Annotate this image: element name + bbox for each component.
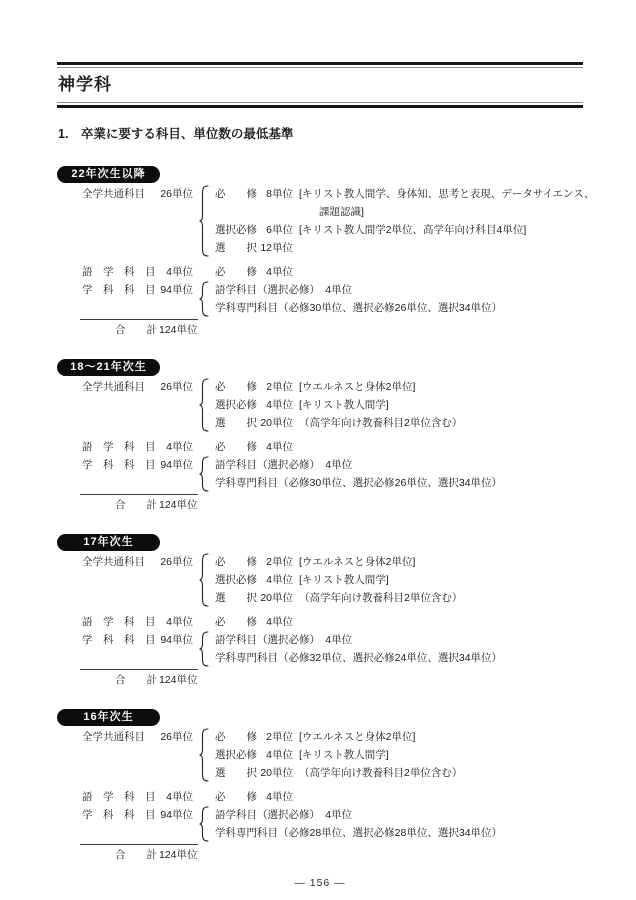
total-units: 124単位	[159, 846, 195, 864]
header-rule-bottom-thin	[57, 102, 583, 103]
category-label: 全学共通科目	[82, 728, 158, 782]
department-detail-line: 語学科目（選択必修） 4単位	[215, 456, 502, 474]
category-units: 94単位	[158, 631, 193, 667]
requirement-units: 12単位	[259, 239, 293, 257]
department-subjects-group: 学 科 科 目94単位語学科目（選択必修） 4単位学科専門科目（必修30単位、選…	[82, 456, 583, 492]
brace-icon	[198, 631, 210, 667]
department-subjects-group: 学 科 科 目94単位語学科目（選択必修） 4単位学科専門科目（必修32単位、選…	[82, 631, 583, 667]
cohort-block: 18～21年次生全学共通科目26単位必 修2単位[ウエルネスと身体2単位]選択必…	[57, 359, 583, 514]
requirement-units: 20単位	[259, 589, 293, 607]
section-heading: 1. 卒業に要する科目、単位数の最低基準	[58, 126, 583, 143]
requirement-list: 語学科目（選択必修） 4単位学科専門科目（必修32単位、選択必修24単位、選択3…	[215, 631, 502, 667]
common-subjects-group: 全学共通科目26単位必 修2単位[ウエルネスと身体2単位]選択必修4単位[キリス…	[82, 553, 583, 607]
requirement-row: 選 択20単位（高学年向け教養科目2単位含む）	[215, 764, 462, 782]
brace-column	[193, 728, 215, 782]
requirement-note: [ウエルネスと身体2単位]	[299, 553, 415, 571]
category-label: 学 科 科 目	[82, 456, 158, 492]
cohort-block: 16年次生全学共通科目26単位必 修2単位[ウエルネスと身体2単位]選択必修4単…	[57, 709, 583, 864]
brace-column	[193, 553, 215, 607]
requirement-row: 必 修2単位[ウエルネスと身体2単位]	[215, 728, 462, 746]
brace-icon	[198, 806, 210, 842]
department-detail-line: 学科専門科目（必修30単位、選択必修26単位、選択34単位）	[215, 299, 502, 317]
requirement-row: 必 修2単位[ウエルネスと身体2単位]	[215, 553, 462, 571]
requirement-units: 4単位	[259, 788, 293, 806]
requirement-name: 選 択	[215, 589, 259, 607]
requirement-note: （高学年向け教養科目2単位含む）	[299, 764, 462, 782]
requirement-units: 2単位	[259, 553, 293, 571]
requirement-list: 必 修2単位[ウエルネスと身体2単位]選択必修4単位[キリスト教人間学]選 択2…	[215, 378, 462, 432]
category-label: 語 学 科 目	[82, 788, 158, 806]
category-label: 語 学 科 目	[82, 613, 158, 631]
requirement-note: [キリスト教人間学2単位、高学年向け科目4単位]	[299, 221, 526, 239]
requirement-name: 必 修	[215, 185, 259, 203]
requirement-list: 語学科目（選択必修） 4単位学科専門科目（必修30単位、選択必修26単位、選択3…	[215, 456, 502, 492]
brace-icon	[198, 728, 210, 782]
category-units: 26単位	[158, 728, 193, 782]
requirement-name: 必 修	[215, 788, 259, 806]
category-units: 4単位	[158, 263, 193, 281]
requirement-units: 4単位	[259, 438, 293, 456]
requirement-name: 必 修	[215, 438, 259, 456]
department-subjects-group: 学 科 科 目94単位語学科目（選択必修） 4単位学科専門科目（必修28単位、選…	[82, 806, 583, 842]
header-rule-top-thin	[57, 67, 583, 68]
total-units: 124単位	[159, 671, 195, 689]
requirement-name: 選択必修	[215, 746, 259, 764]
total-label: 合 計	[115, 321, 159, 339]
requirement-list: 必 修2単位[ウエルネスと身体2単位]選択必修4単位[キリスト教人間学]選 択2…	[215, 553, 462, 607]
category-label: 語 学 科 目	[82, 438, 158, 456]
requirement-units: 4単位	[259, 396, 293, 414]
requirement-name: 選択必修	[215, 221, 259, 239]
requirement-units: 20単位	[259, 764, 293, 782]
requirement-list: 必 修4単位	[215, 788, 293, 806]
category-label: 学 科 科 目	[82, 806, 158, 842]
brace-column	[193, 281, 215, 317]
requirement-units: 4単位	[259, 263, 293, 281]
total-divider	[80, 844, 198, 845]
requirement-list: 必 修8単位[キリスト教人間学、身体知、思考と表現、データサイエンス、課題認識]…	[215, 185, 595, 257]
brace-icon	[198, 185, 210, 257]
page-number: — 156 —	[57, 877, 583, 889]
requirement-row: 選択必修6単位[キリスト教人間学2単位、高学年向け科目4単位]	[215, 221, 595, 239]
category-units: 26単位	[158, 553, 193, 607]
requirement-note: [ウエルネスと身体2単位]	[299, 728, 415, 746]
requirement-list: 必 修2単位[ウエルネスと身体2単位]選択必修4単位[キリスト教人間学]選 択2…	[215, 728, 462, 782]
department-detail-line: 語学科目（選択必修） 4単位	[215, 631, 502, 649]
requirement-row: 必 修4単位	[215, 263, 293, 281]
requirement-row: 必 修4単位	[215, 438, 293, 456]
cohort-block: 22年次生以降全学共通科目26単位必 修8単位[キリスト教人間学、身体知、思考と…	[57, 166, 583, 339]
total-row: 合 計124単位	[115, 846, 583, 864]
requirement-note: （高学年向け教養科目2単位含む）	[299, 589, 462, 607]
requirement-name: 必 修	[215, 553, 259, 571]
requirement-name: 選 択	[215, 764, 259, 782]
cohort-badge: 16年次生	[57, 709, 160, 726]
total-units: 124単位	[159, 496, 195, 514]
category-label: 全学共通科目	[82, 553, 158, 607]
requirement-note: [キリスト教人間学]	[299, 396, 389, 414]
language-subjects-group: 語 学 科 目4単位必 修4単位	[82, 263, 583, 281]
requirement-row: 必 修8単位[キリスト教人間学、身体知、思考と表現、データサイエンス、	[215, 185, 595, 203]
brace-column	[193, 806, 215, 842]
language-subjects-group: 語 学 科 目4単位必 修4単位	[82, 613, 583, 631]
category-units: 94単位	[158, 806, 193, 842]
category-units: 94単位	[158, 281, 193, 317]
page-title: 神学科	[58, 74, 583, 96]
requirement-list: 必 修4単位	[215, 438, 293, 456]
requirement-row: 選択必修4単位[キリスト教人間学]	[215, 571, 462, 589]
department-detail-line: 語学科目（選択必修） 4単位	[215, 281, 502, 299]
category-units: 4単位	[158, 613, 193, 631]
language-subjects-group: 語 学 科 目4単位必 修4単位	[82, 438, 583, 456]
common-subjects-group: 全学共通科目26単位必 修8単位[キリスト教人間学、身体知、思考と表現、データサ…	[82, 185, 583, 257]
requirement-row: 必 修2単位[ウエルネスと身体2単位]	[215, 378, 462, 396]
brace-column	[193, 185, 215, 257]
requirement-name: 必 修	[215, 613, 259, 631]
note-continuation: 課題認識]	[319, 203, 364, 221]
cohort-badge: 22年次生以降	[57, 166, 160, 183]
brace-icon	[198, 553, 210, 607]
category-label: 全学共通科目	[82, 185, 158, 257]
requirement-note: [キリスト教人間学、身体知、思考と表現、データサイエンス、	[299, 185, 595, 203]
requirement-name: 選択必修	[215, 571, 259, 589]
requirement-note: （高学年向け教養科目2単位含む）	[299, 414, 462, 432]
brace-icon	[198, 456, 210, 492]
department-header: 神学科	[57, 62, 583, 108]
requirement-row: 課題認識]	[215, 203, 595, 221]
requirement-row: 選択必修4単位[キリスト教人間学]	[215, 396, 462, 414]
cohort-block: 17年次生全学共通科目26単位必 修2単位[ウエルネスと身体2単位]選択必修4単…	[57, 534, 583, 689]
common-subjects-group: 全学共通科目26単位必 修2単位[ウエルネスと身体2単位]選択必修4単位[キリス…	[82, 728, 583, 782]
category-units: 94単位	[158, 456, 193, 492]
requirement-row: 選択必修4単位[キリスト教人間学]	[215, 746, 462, 764]
requirement-name: 選択必修	[215, 396, 259, 414]
requirement-units: 4単位	[259, 613, 293, 631]
total-row: 合 計124単位	[115, 496, 583, 514]
requirement-units: 2単位	[259, 378, 293, 396]
cohort-badge: 17年次生	[57, 534, 160, 551]
requirement-note: [キリスト教人間学]	[299, 571, 389, 589]
requirement-units: 6単位	[259, 221, 293, 239]
brace-icon	[198, 281, 210, 317]
requirement-note: [キリスト教人間学]	[299, 746, 389, 764]
total-row: 合 計124単位	[115, 671, 583, 689]
language-subjects-group: 語 学 科 目4単位必 修4単位	[82, 788, 583, 806]
requirement-units: 20単位	[259, 414, 293, 432]
department-detail-line: 学科専門科目（必修28単位、選択必修28単位、選択34単位）	[215, 824, 502, 842]
requirement-units: 2単位	[259, 728, 293, 746]
total-label: 合 計	[115, 846, 159, 864]
requirement-list: 必 修4単位	[215, 263, 293, 281]
department-detail-line: 学科専門科目（必修30単位、選択必修26単位、選択34単位）	[215, 474, 502, 492]
brace-column	[193, 631, 215, 667]
category-units: 26単位	[158, 185, 193, 257]
total-divider	[80, 494, 198, 495]
total-divider	[80, 669, 198, 670]
common-subjects-group: 全学共通科目26単位必 修2単位[ウエルネスと身体2単位]選択必修4単位[キリス…	[82, 378, 583, 432]
requirement-name: 必 修	[215, 378, 259, 396]
total-label: 合 計	[115, 496, 159, 514]
requirement-name: 選 択	[215, 414, 259, 432]
requirement-row: 選 択20単位（高学年向け教養科目2単位含む）	[215, 589, 462, 607]
department-detail-line: 語学科目（選択必修） 4単位	[215, 806, 502, 824]
requirement-list: 語学科目（選択必修） 4単位学科専門科目（必修28単位、選択必修28単位、選択3…	[215, 806, 502, 842]
category-label: 全学共通科目	[82, 378, 158, 432]
brace-icon	[198, 378, 210, 432]
requirement-name: 必 修	[215, 728, 259, 746]
total-units: 124単位	[159, 321, 195, 339]
cohort-badge: 18～21年次生	[57, 359, 160, 376]
total-divider	[80, 319, 198, 320]
requirement-list: 語学科目（選択必修） 4単位学科専門科目（必修30単位、選択必修26単位、選択3…	[215, 281, 502, 317]
category-label: 学 科 科 目	[82, 281, 158, 317]
requirement-units: 8単位	[259, 185, 293, 203]
brace-column	[193, 378, 215, 432]
requirement-row: 必 修4単位	[215, 788, 293, 806]
total-row: 合 計124単位	[115, 321, 583, 339]
category-label: 学 科 科 目	[82, 631, 158, 667]
requirement-note: [ウエルネスと身体2単位]	[299, 378, 415, 396]
header-rule-top-thick	[57, 62, 583, 65]
category-label: 語 学 科 目	[82, 263, 158, 281]
header-rule-bottom-thick	[57, 105, 583, 108]
department-detail-line: 学科専門科目（必修32単位、選択必修24単位、選択34単位）	[215, 649, 502, 667]
requirement-row: 選 択12単位	[215, 239, 595, 257]
requirement-row: 選 択20単位（高学年向け教養科目2単位含む）	[215, 414, 462, 432]
requirement-name: 選 択	[215, 239, 259, 257]
total-label: 合 計	[115, 671, 159, 689]
requirement-row: 必 修4単位	[215, 613, 293, 631]
department-subjects-group: 学 科 科 目94単位語学科目（選択必修） 4単位学科専門科目（必修30単位、選…	[82, 281, 583, 317]
requirement-name: 必 修	[215, 263, 259, 281]
category-units: 4単位	[158, 438, 193, 456]
brace-column	[193, 456, 215, 492]
handbook-page: 神学科 1. 卒業に要する科目、単位数の最低基準 22年次生以降全学共通科目26…	[0, 0, 636, 889]
requirement-units: 4単位	[259, 746, 293, 764]
category-units: 4単位	[158, 788, 193, 806]
category-units: 26単位	[158, 378, 193, 432]
requirement-list: 必 修4単位	[215, 613, 293, 631]
requirement-units: 4単位	[259, 571, 293, 589]
cohort-blocks: 22年次生以降全学共通科目26単位必 修8単位[キリスト教人間学、身体知、思考と…	[57, 166, 583, 864]
